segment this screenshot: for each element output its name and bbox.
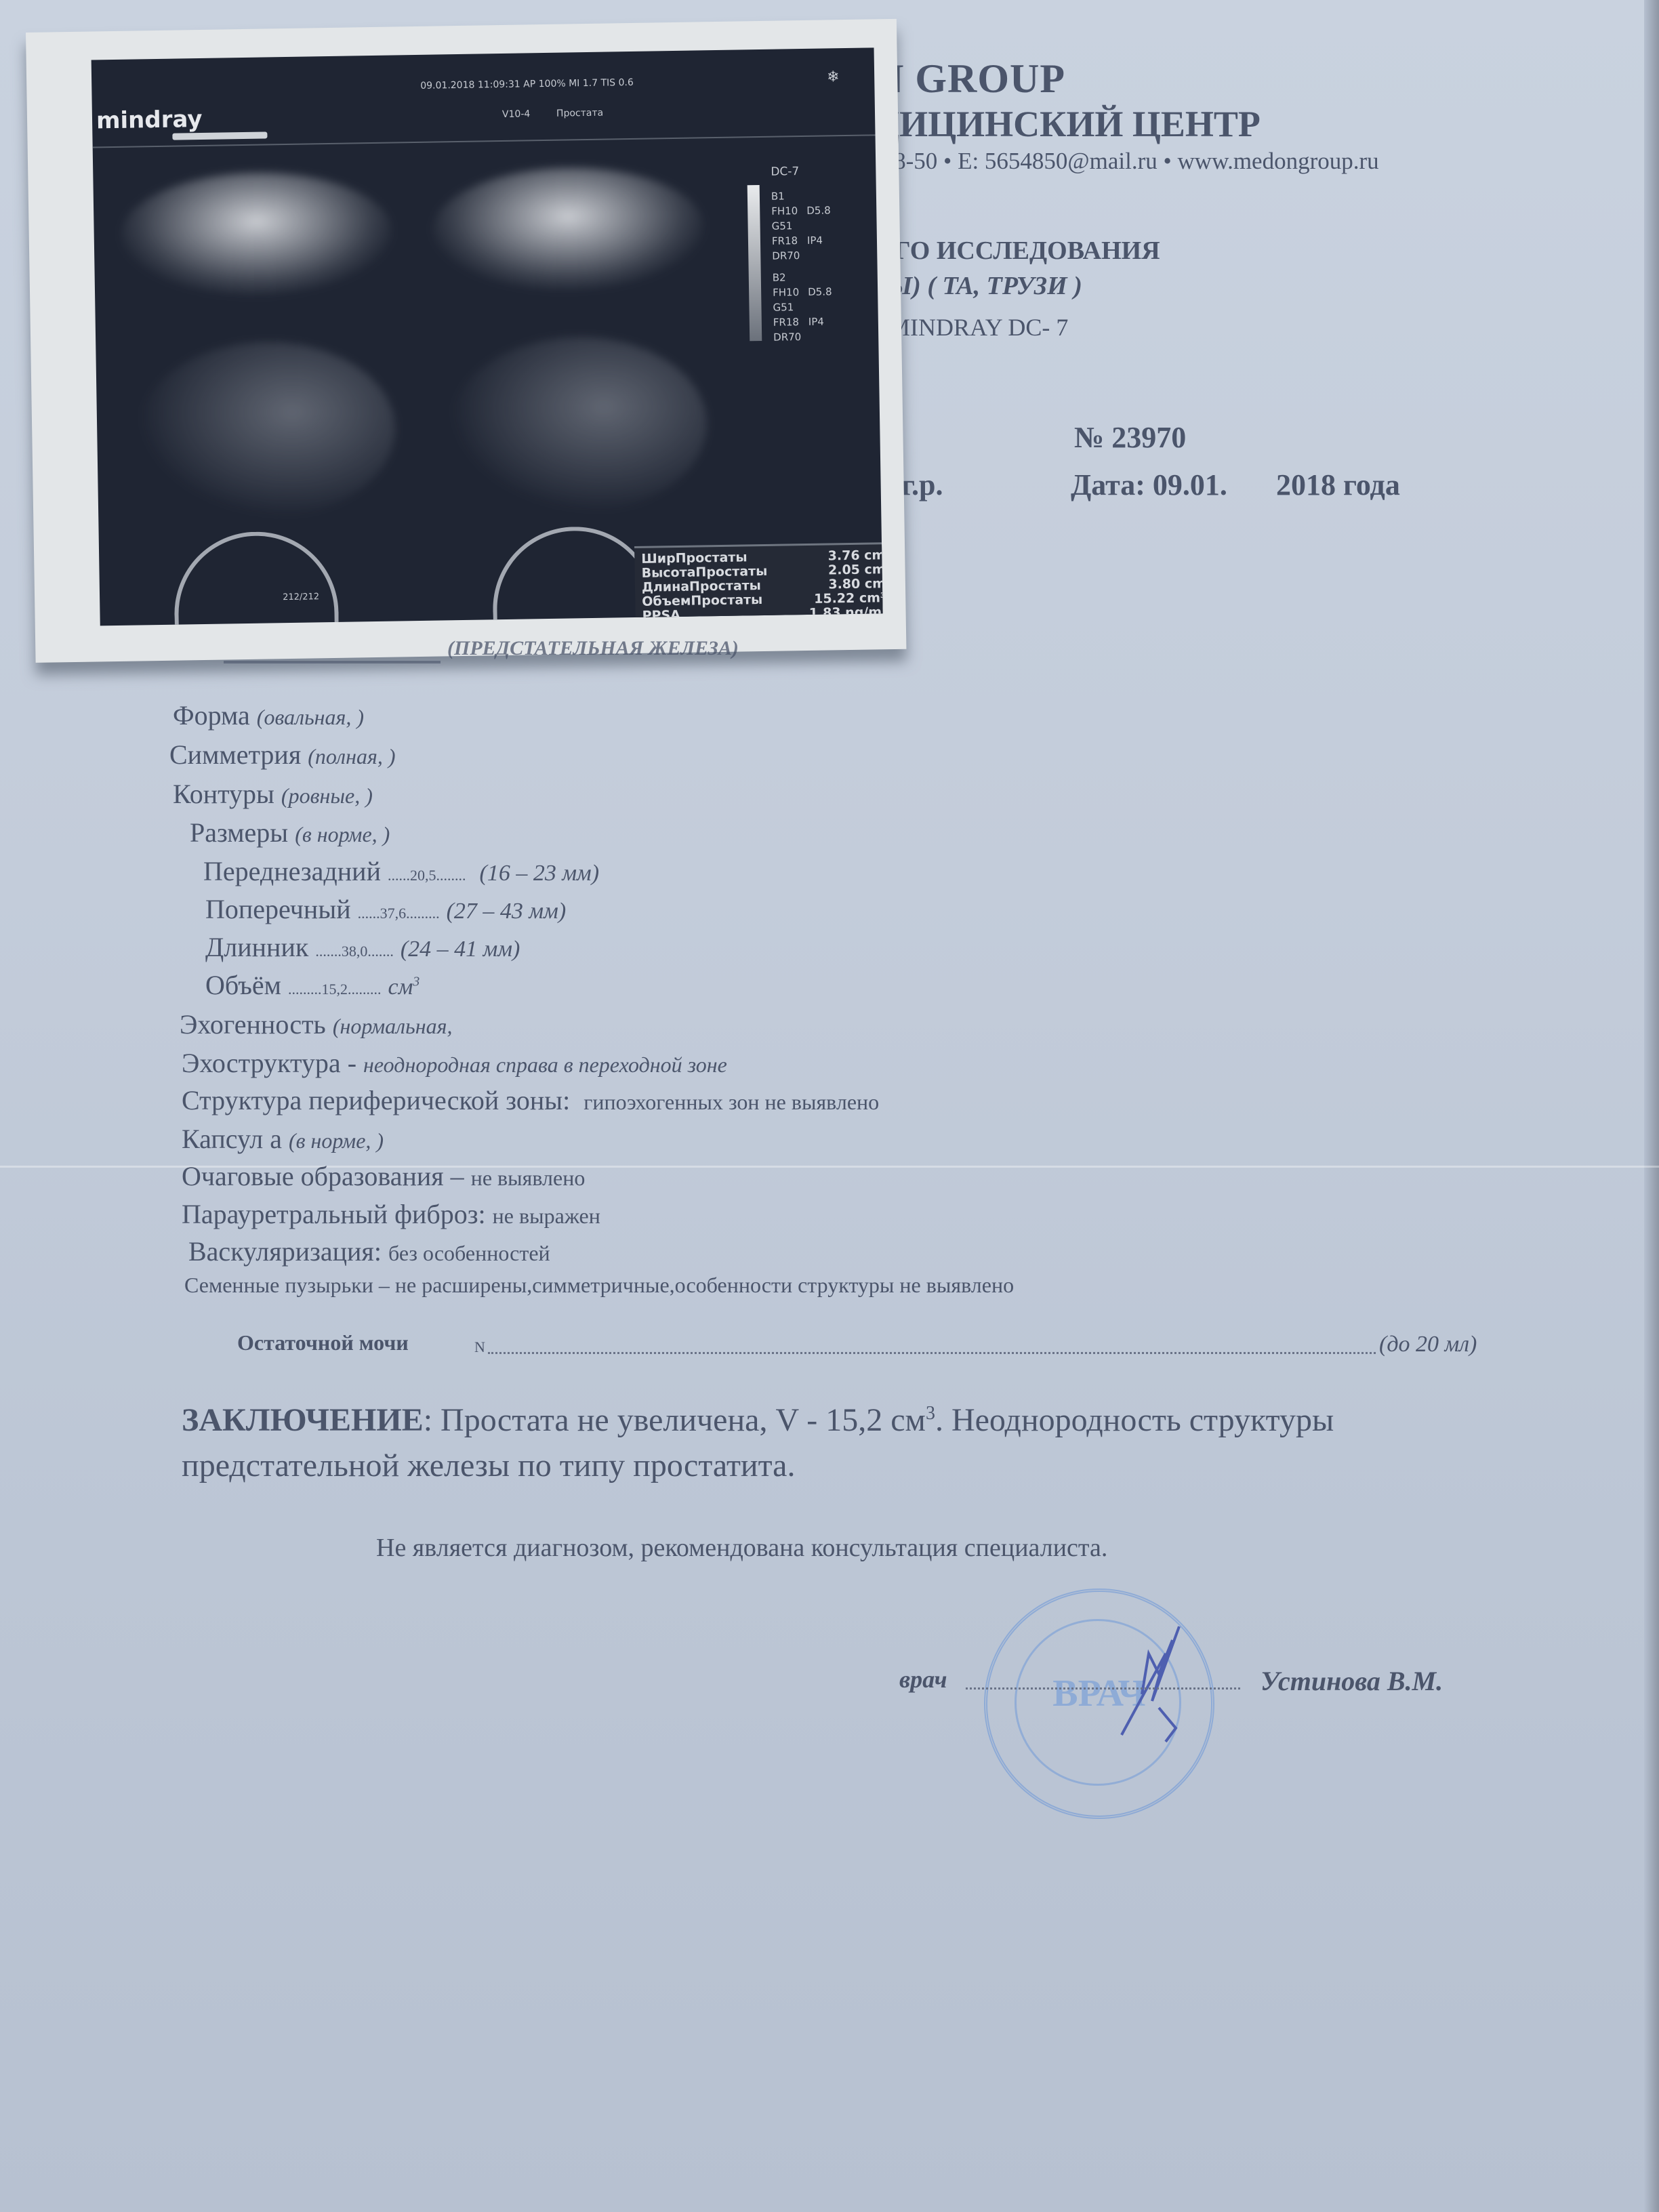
disclaimer: Не является диагнозом, рекомендована кон…: [376, 1533, 1107, 1563]
heading-underline: [224, 661, 441, 663]
device-name: - MINDRAY DC- 7: [874, 313, 1068, 342]
us-block-b2: B2 FH10D5.8G51 FR18IP4DR70: [773, 268, 879, 344]
ultrasound-printout: mindray 09.01.2018 11:09:31 AP 100% MI 1…: [26, 19, 906, 663]
grayscale-bar: [747, 185, 762, 341]
finding-periurethral-fibrosis: Парауретральный фиброз: не выражен: [182, 1198, 600, 1230]
finding-seminal-vesicles: Семенные пузырьки – не расширены,симметр…: [184, 1273, 1014, 1298]
measurement-panel: ШирПростаты3.76 cm ВысотаПростаты2.05 cm…: [634, 542, 883, 626]
us-probe: V10-4: [502, 108, 531, 120]
ultrasound-left-tissue: [120, 171, 393, 297]
ultrasound-right-deep: [448, 335, 708, 515]
date-label: Дата: 09.01.: [1071, 468, 1227, 501]
paper-edge: [1644, 0, 1659, 2212]
dim-volume: Объём .........15,2......... см3: [205, 969, 419, 1001]
residual-urine-norm: (до 20 мл): [1379, 1332, 1477, 1357]
us-block-b1: B1 FH10D5.8G51 FR18IP4DR70: [771, 187, 878, 263]
ultrasound-left-deep: [136, 340, 396, 520]
finding-capsule: Капсул а (в норме, ): [182, 1123, 384, 1155]
residual-urine-label: Остаточной мочи: [237, 1330, 409, 1355]
finding-echostructure: Эхоструктура - неоднородная справа в пер…: [182, 1047, 727, 1079]
signature-line: [966, 1687, 1240, 1689]
birth-year-label: г.р.: [901, 468, 943, 502]
field-symmetry: Симметрия (полная, ): [169, 739, 395, 771]
study-title: ОГО ИССЛЕДОВАНИЯ: [874, 236, 1160, 266]
finding-vascularization: Васкуляризация: без особенностей: [188, 1235, 550, 1267]
measurement-row: PPSA1.83 ng/ml: [642, 605, 882, 623]
section-heading: (ПРЕДСТАТЕЛЬНАЯ ЖЕЛЕЗА): [447, 637, 739, 660]
us-preset: Простата: [556, 108, 603, 119]
signature-role: врач: [899, 1665, 947, 1694]
dim-transverse: Поперечный ......37,6......... (27 – 43 …: [205, 893, 566, 925]
org-subtitle: ДИЦИНСКИЙ ЦЕНТР: [874, 103, 1261, 145]
field-contours: Контуры (ровные, ): [173, 778, 373, 810]
study-subtitle: ЗЫ) ( ТА, ТРУЗИ ): [874, 271, 1082, 301]
probe-arc-right: [492, 525, 657, 626]
finding-echogenicity: Эхогенность (нормальная,: [180, 1008, 452, 1040]
ultrasound-right-tissue: [432, 165, 705, 291]
frame-counter: 212/212: [283, 592, 319, 602]
us-settings-panel: DC-7 B1 FH10D5.8G51 FR18IP4DR70 B2 FH10D…: [771, 163, 878, 344]
date-year: 2018 года: [1276, 468, 1400, 501]
exam-date: Дата: 09.01. 2018 года: [1071, 468, 1400, 502]
record-number: № 23970: [1074, 420, 1186, 455]
residual-urine-value: N: [474, 1338, 485, 1356]
conclusion: ЗАКЛЮЧЕНИЕ: Простата не увеличена, V - 1…: [182, 1401, 1334, 1439]
mindray-logo: mindray: [96, 106, 203, 134]
dim-ap: Переднезадний ......20,5........ (16 – 2…: [203, 855, 599, 887]
finding-peripheral-zone: Структура периферической зоны: гипоэхоге…: [182, 1084, 879, 1116]
us-model: DC-7: [771, 163, 876, 179]
org-contacts: -48-50 • E: 5654850@mail.ru • www.medong…: [874, 148, 1379, 175]
dim-length: Длинник .......38,0....... (24 – 41 мм): [205, 931, 520, 963]
org-name: N GROUP: [874, 56, 1065, 102]
probe-bar: [172, 131, 267, 140]
signature-scribble: [1084, 1613, 1193, 1748]
residual-urine-dots: [488, 1352, 1376, 1354]
finding-focal-lesions: Очаговые образования – не выявлено: [182, 1160, 585, 1192]
snowflake-icon: ❄: [827, 68, 840, 85]
ultrasound-image: mindray 09.01.2018 11:09:31 AP 100% MI 1…: [91, 47, 883, 626]
field-sizes: Размеры (в норме, ): [190, 817, 390, 848]
us-meta-line: 09.01.2018 11:09:31 AP 100% MI 1.7 TIS 0…: [420, 77, 634, 91]
probe-arc-left: [173, 531, 339, 626]
conclusion-line2: предстательной железы по типу простатита…: [182, 1447, 795, 1484]
field-shape: Форма (овальная, ): [173, 699, 364, 731]
doctor-name: Устинова В.М.: [1261, 1665, 1443, 1697]
